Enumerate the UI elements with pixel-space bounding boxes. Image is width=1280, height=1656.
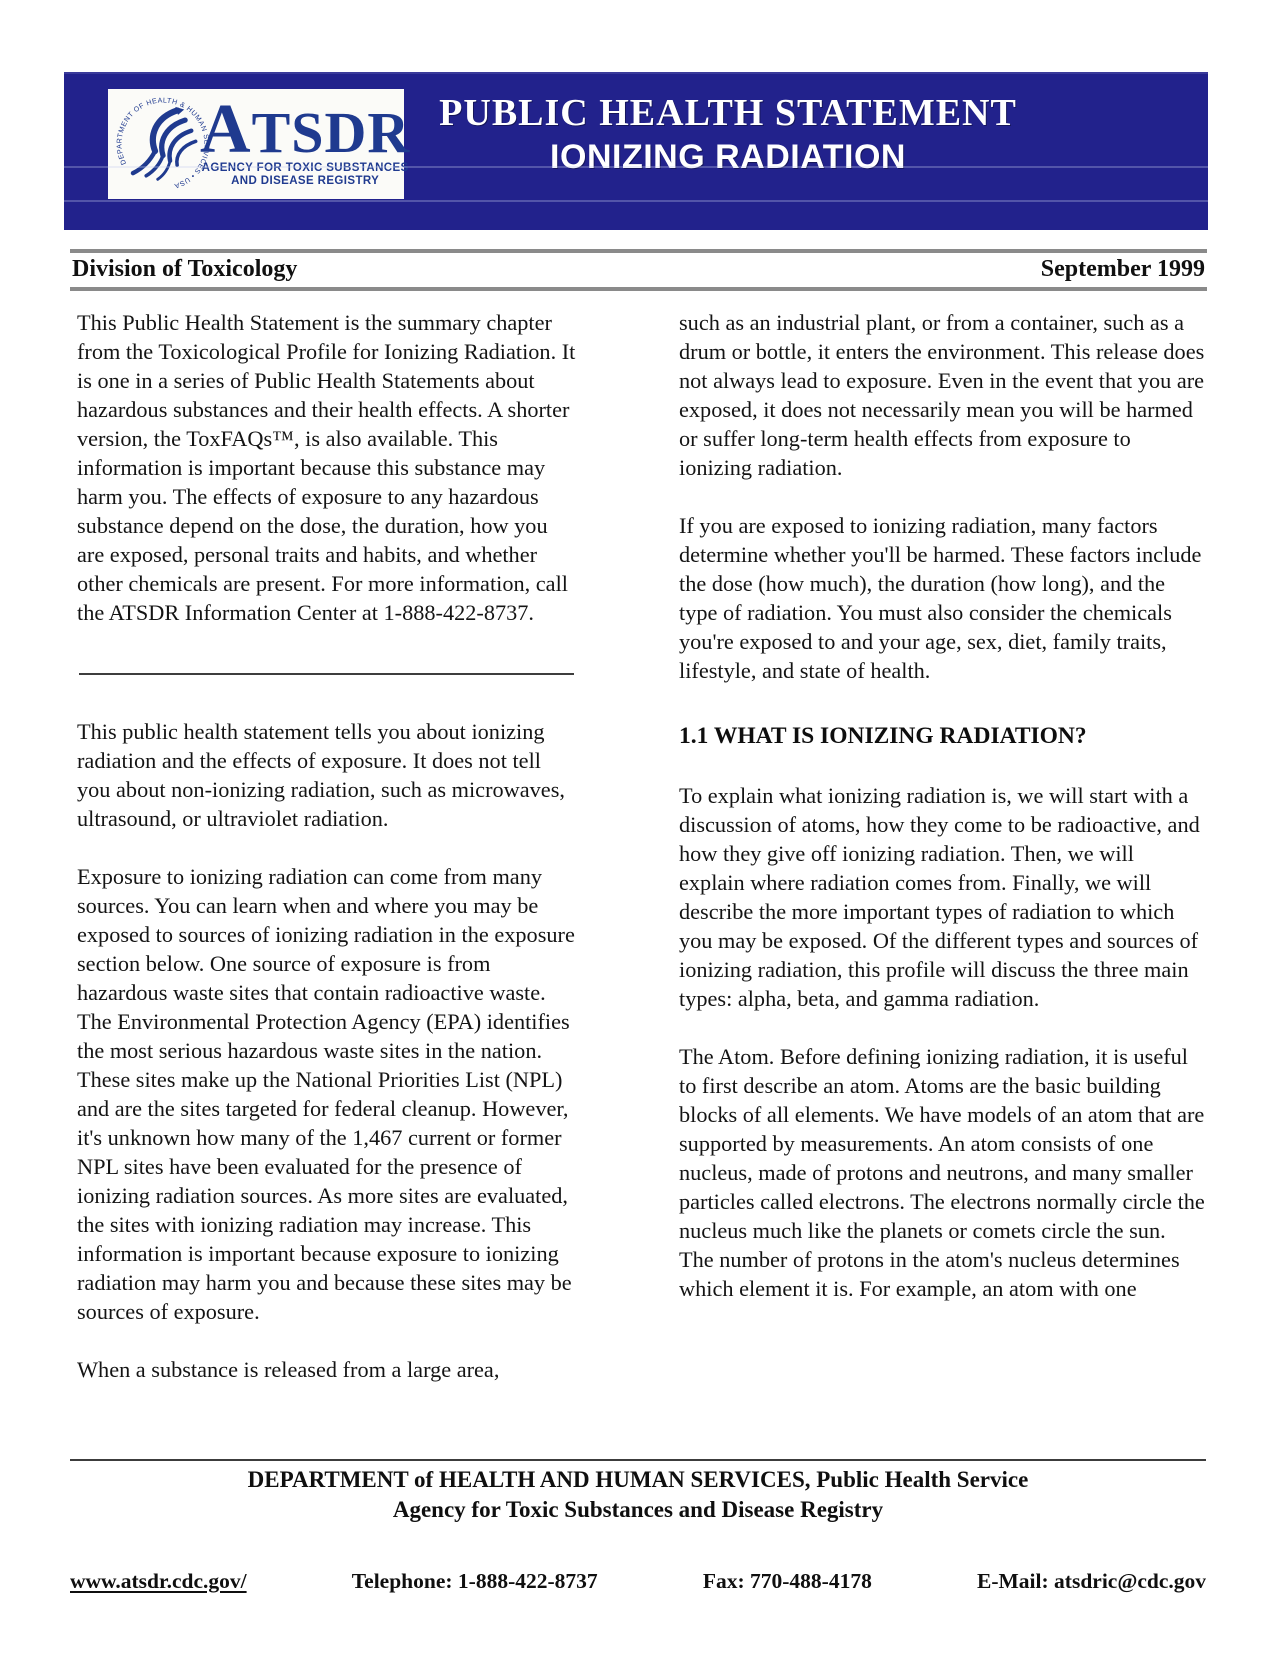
paragraph-intro: This Public Health Statement is the summ… xyxy=(77,308,577,627)
paragraph-overview: This public health statement tells you a… xyxy=(77,717,577,833)
paragraph-release-cont: such as an industrial plant, or from a c… xyxy=(679,308,1205,482)
atsdr-logo: DEPARTMENT OF HEALTH & HUMAN SERVICES • … xyxy=(108,89,404,199)
eagle-strokes xyxy=(133,110,196,179)
header-banner: DEPARTMENT OF HEALTH & HUMAN SERVICES • … xyxy=(64,72,1208,230)
document-subject: IONIZING RADIATION xyxy=(404,136,1052,178)
page-footer: DEPARTMENT of HEALTH AND HUMAN SERVICES,… xyxy=(70,1459,1206,1594)
section-heading-1-1: 1.1 WHAT IS IONIZING RADIATION? xyxy=(679,722,1205,751)
left-column: This Public Health Statement is the summ… xyxy=(77,308,577,1413)
footer-agency-line: Agency for Toxic Substances and Disease … xyxy=(70,1495,1206,1525)
body-columns: This Public Health Statement is the summ… xyxy=(77,308,1205,1413)
section-divider xyxy=(79,673,574,675)
telephone-label: Telephone: 1-888-422-8737 xyxy=(352,1569,598,1594)
right-column: such as an industrial plant, or from a c… xyxy=(679,308,1205,1413)
footer-rule xyxy=(70,1459,1206,1461)
division-label: Division of Toxicology xyxy=(72,255,297,284)
footer-department-line: DEPARTMENT of HEALTH AND HUMAN SERVICES,… xyxy=(70,1465,1206,1495)
atsdr-wordmark: ATSDR AGENCY FOR TOXIC SUBSTANCES AND DI… xyxy=(200,101,410,188)
paragraph-explain: To explain what ionizing radiation is, w… xyxy=(679,781,1205,1013)
atsdr-acronym: ATSDR xyxy=(200,101,410,162)
website-link[interactable]: www.atsdr.cdc.gov/ xyxy=(70,1569,247,1594)
banner-scanline xyxy=(64,200,1208,202)
paragraph-exposure-sources: Exposure to ionizing radiation can come … xyxy=(77,862,577,1326)
atsdr-tagline-line2: AND DISEASE REGISTRY xyxy=(200,175,410,188)
document-page: DEPARTMENT OF HEALTH & HUMAN SERVICES • … xyxy=(0,0,1280,1656)
paragraph-atom: The Atom. Before defining ionizing radia… xyxy=(679,1042,1205,1303)
paragraph-release-start: When a substance is released from a larg… xyxy=(77,1355,577,1384)
banner-titles: PUBLIC HEALTH STATEMENT IONIZING RADIATI… xyxy=(404,90,1052,178)
document-title: PUBLIC HEALTH STATEMENT xyxy=(404,90,1052,136)
email-label: E-Mail: atsdric@cdc.gov xyxy=(977,1569,1206,1594)
paragraph-factors: If you are exposed to ionizing radiation… xyxy=(679,511,1205,685)
footer-contact-row: www.atsdr.cdc.gov/ Telephone: 1-888-422-… xyxy=(70,1569,1206,1594)
division-date-bar: Division of Toxicology September 1999 xyxy=(70,249,1207,291)
atsdr-tagline-line1: AGENCY FOR TOXIC SUBSTANCES xyxy=(200,162,410,175)
fax-label: Fax: 770-488-4178 xyxy=(703,1569,872,1594)
date-label: September 1999 xyxy=(1041,255,1205,284)
